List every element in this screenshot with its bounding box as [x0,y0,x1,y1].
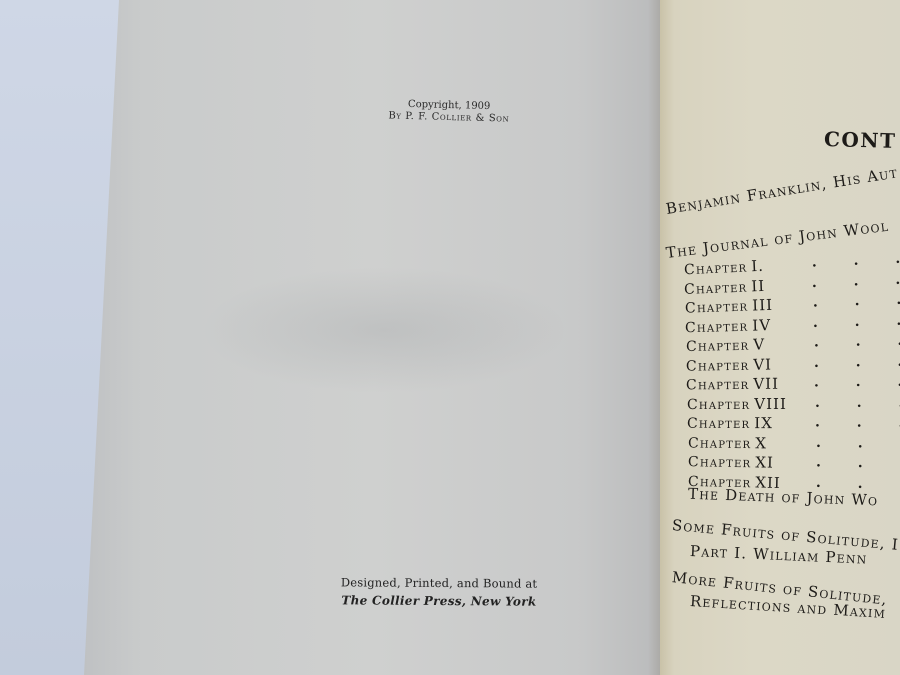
chapter-label: Chapter [685,338,749,355]
copyright-notice: Copyright, 1909 By P. F. Collier & Son [354,98,545,127]
table-of-contents: CONT Benjamin Franklin, His Aut The Jour… [660,0,900,675]
chapter-number: VI [753,355,772,373]
dot-leader: . . . . . . . [816,454,900,475]
chapter-label: Chapter [685,318,749,336]
imprint-line-2: The Collier Press, New York [329,593,549,609]
toc-chapter-row: ChapterVIII. . . . . . . [687,394,787,414]
chapter-label: Chapter [687,416,750,432]
dot-leader: . . . . . . . [812,243,900,271]
dot-leader: . . . . . . . [815,414,900,431]
chapter-label: Chapter [684,279,748,297]
imprint-line-1: Designed, Printed, and Bound at [329,575,549,591]
left-page-verso: Copyright, 1909 By P. F. Collier & Son D… [84,0,664,675]
toc-chapter-row: ChapterVI. . . . . . . [686,355,787,376]
chapter-number: IV [752,316,771,334]
chapter-number: XI [755,453,774,471]
chapter-number: VII [754,375,780,393]
chapter-number: IX [754,414,773,432]
toc-chapter-row: ChapterIII. . . . . . . [685,295,787,318]
chapter-label: Chapter [687,396,750,412]
dot-leader: . . . . . . . [813,308,900,331]
right-page-contents: CONT Benjamin Franklin, His Aut The Jour… [660,0,900,675]
toc-chapter-row: ChapterIX. . . . . . . [687,414,787,434]
chapter-label: Chapter [688,435,751,452]
toc-chapter-row: ChapterVII. . . . . . . [686,375,786,395]
printer-imprint: Designed, Printed, and Bound at The Coll… [329,575,549,609]
chapter-number: I. [751,257,764,276]
dot-leader: . . . . . . . [814,373,900,391]
toc-chapter-row: ChapterV. . . . . . . [685,335,786,356]
chapter-number: V [753,335,765,353]
chapter-label: Chapter [686,357,750,374]
chapter-list: ChapterI.. . . . . . .ChapterII. . . . .… [684,258,787,492]
toc-chapter-row: ChapterIV. . . . . . . [685,315,787,337]
toc-chapter-row: ChapterXI. . . . . . . [688,452,787,473]
contents-heading: CONT [824,127,897,153]
dot-leader: . . . . . . . [816,434,900,453]
dot-leader: . . . . . . . [815,394,900,410]
chapter-label: Chapter [685,299,749,317]
chapter-label: Chapter [686,377,749,393]
toc-chapter-row: ChapterX. . . . . . . [687,433,786,454]
chapter-label: Chapter [684,259,748,278]
chapter-label: Chapter [688,454,752,471]
toc-entry-franklin: Benjamin Franklin, His Aut [665,163,900,217]
dot-leader: . . . . . . . [814,351,900,371]
dot-leader: . . . . . . . [813,329,900,350]
chapter-number: VIII [754,394,787,412]
chapter-number: III [752,296,773,315]
chapter-number: II [751,276,766,295]
chapter-number: X [755,434,767,452]
